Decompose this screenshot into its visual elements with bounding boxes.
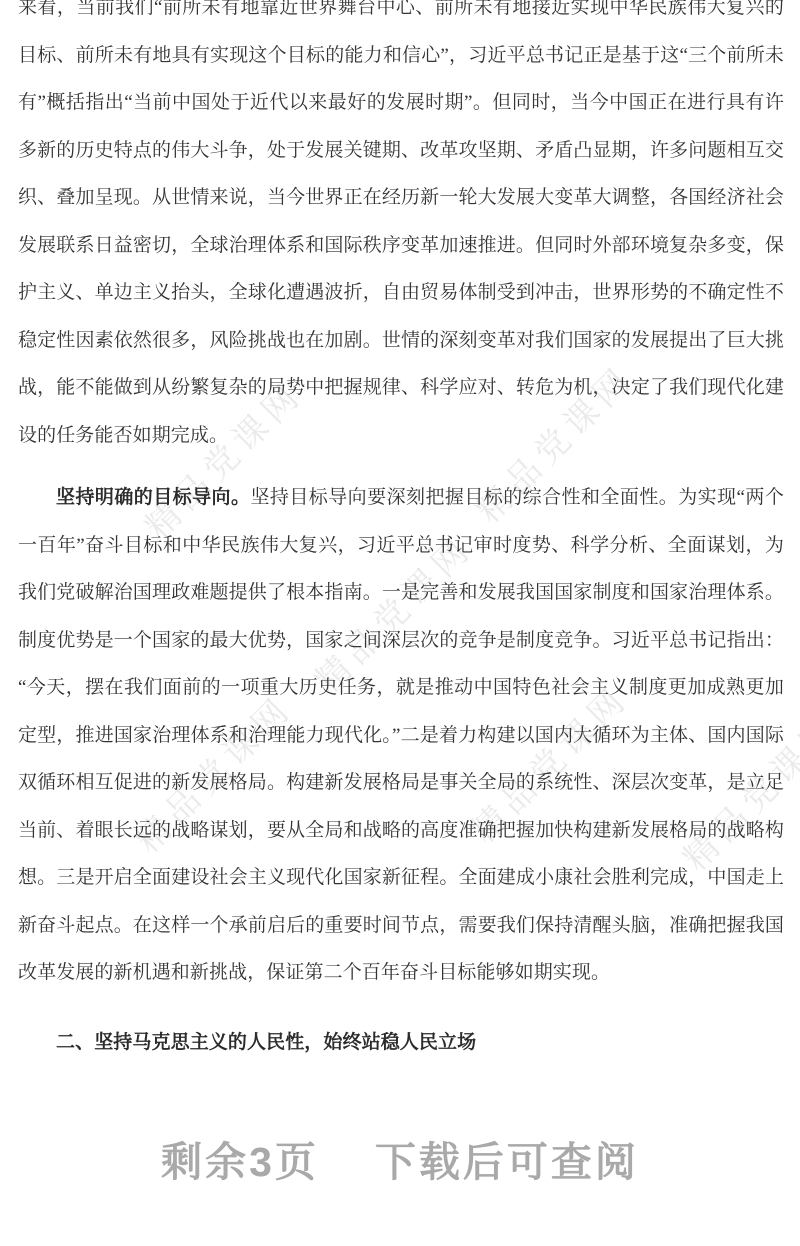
download-hint-label: 下载后可查阅 (375, 1138, 639, 1186)
document-text-block: 来看，当前我们“前所未有地靠近世界舞台中心、前所未有地接近实现中华民族伟大复兴的… (0, 0, 800, 1066)
section-heading-2: 二、坚持马克思主义的人民性，始终站稳人民立场 (18, 1019, 784, 1067)
paragraph-goal-orientation: 坚持明确的目标导向。坚持目标导向要深刻把握目标的综合性和全面性。为实现“两个一百… (18, 474, 784, 997)
paragraph-continuation: 来看，当前我们“前所未有地靠近世界舞台中心、前所未有地接近实现中华民族伟大复兴的… (18, 0, 784, 459)
document-page: 精品党课网 精品党课网 精品党课网 精品党课网 精品党课网 精品党课网 来看，当… (0, 0, 800, 1246)
paragraph-body-text: 坚持目标导向要深刻把握目标的综合性和全面性。为实现“两个一百年”奋斗目标和中华民… (18, 487, 784, 983)
paragraph-lead-bold: 坚持明确的目标导向。 (56, 487, 250, 508)
download-notice: 剩余3页 下载后可查阅 (0, 1138, 800, 1186)
pages-remaining-label: 剩余3页 (161, 1138, 319, 1186)
